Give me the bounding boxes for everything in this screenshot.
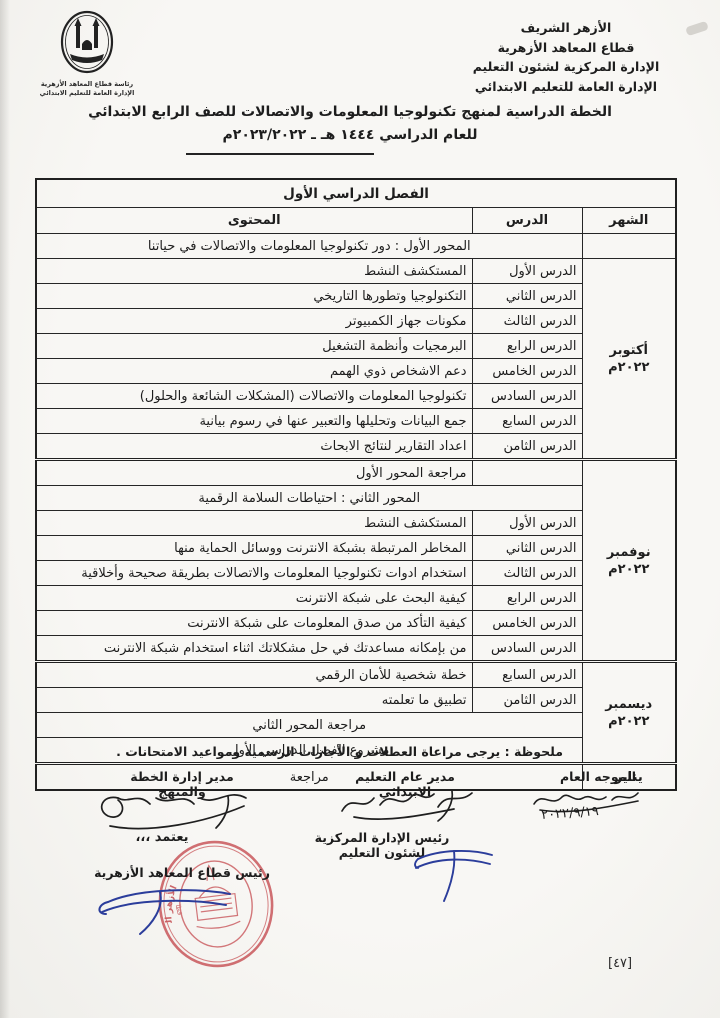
letterhead-line-4: الإدارة العامة للتعليم الابتدائي xyxy=(468,77,664,97)
month-cell-december: ديسمبر ٢٠٢٢م xyxy=(582,662,676,764)
lesson-content-cell: المستكشف النشط xyxy=(36,511,472,536)
letterhead: الأزهر الشريف قطاع المعاهد الأزهرية الإد… xyxy=(468,18,664,96)
signature-central-admin-head xyxy=(410,843,500,905)
col-header-lesson: الدرس xyxy=(472,208,582,234)
document-title: الخطة الدراسية لمنهج تكنولوجيا المعلومات… xyxy=(70,101,630,147)
col-header-content: المحتوى xyxy=(36,208,472,234)
scan-smudge xyxy=(685,21,709,36)
month-cell-october: أكتوبر ٢٠٢٢م xyxy=(582,259,676,460)
lesson-content-cell: دعم الاشخاص ذوي الهمم xyxy=(36,359,472,384)
azhar-emblem-block: رئاسة قطاع المعاهد الأزهرية الإدارة العا… xyxy=(28,10,146,98)
lesson-no-cell: الدرس الرابع xyxy=(472,334,582,359)
lesson-no-cell: الدرس الثاني xyxy=(472,284,582,309)
study-plan-table: الفصل الدراسي الأول الشهر الدرس المحتوى … xyxy=(35,178,677,791)
axis1-review-cell: مراجعة المحور الأول xyxy=(36,460,472,486)
lesson-no-cell: الدرس السابع xyxy=(472,409,582,434)
lesson-no-cell: الدرس الخامس xyxy=(472,611,582,636)
lesson-content-cell: اعداد التقارير لنتائج الابحاث xyxy=(36,434,472,460)
title-institutes-sector-head: رئيس قطاع المعاهد الأزهرية xyxy=(72,865,292,880)
lesson-no-cell: الدرس الخامس xyxy=(472,359,582,384)
lesson-no-cell: الدرس الثالث xyxy=(472,309,582,334)
lesson-content-cell: كيفية البحث على شبكة الانترنت xyxy=(36,586,472,611)
axis1-title-cell: المحور الأول : دور تكنولوجيا المعلومات و… xyxy=(36,234,582,259)
lesson-content-cell: من بإمكانه مساعدتك في حل مشكلاتك اثناء ا… xyxy=(36,636,472,662)
title-underline xyxy=(186,153,374,155)
lesson-no-cell: الدرس السادس xyxy=(472,636,582,662)
letterhead-line-2: قطاع المعاهد الأزهرية xyxy=(468,38,664,58)
azhar-emblem-icon xyxy=(60,10,114,74)
emblem-caption-2: الإدارة العامة للتعليم الابتدائي xyxy=(28,89,146,98)
lesson-no-cell: الدرس الثامن xyxy=(472,688,582,713)
lesson-no-cell: الدرس الرابع xyxy=(472,586,582,611)
title-general-supervisor: الموجه العام xyxy=(550,769,646,784)
lesson-content-cell: خطة شخصية للأمان الرقمي xyxy=(36,662,472,688)
lesson-content-cell: استخدام ادوات تكنولوجيا المعلومات والاتص… xyxy=(36,561,472,586)
axis2-review-cell: مراجعة المحور الثاني xyxy=(36,713,582,738)
empty-lesson-cell xyxy=(472,460,582,486)
month-cell-november: نوفمبر ٢٠٢٢م xyxy=(582,460,676,662)
scanned-document-page: رئاسة قطاع المعاهد الأزهرية الإدارة العا… xyxy=(0,0,720,1018)
note-line: ملحوظة : يرجى مراعاة العطلات و الأجازات … xyxy=(116,744,563,759)
lesson-no-cell: الدرس الأول xyxy=(472,259,582,284)
lesson-content-cell: كيفية التأكد من صدق المعلومات على شبكة ا… xyxy=(36,611,472,636)
lesson-content-cell: مكونات جهاز الكمبيوتر xyxy=(36,309,472,334)
letterhead-line-1: الأزهر الشريف xyxy=(468,18,664,38)
lesson-content-cell: جمع البيانات وتحليلها والتعبير عنها في ر… xyxy=(36,409,472,434)
lesson-content-cell: التكنولوجيا وتطورها التاريخي xyxy=(36,284,472,309)
lesson-no-cell: الدرس السابع xyxy=(472,662,582,688)
title-line-2: للعام الدراسي ١٤٤٤ هـ ـ ٢٠٢٣/٢٠٢٢م xyxy=(70,124,630,147)
lesson-content-cell: المستكشف النشط xyxy=(36,259,472,284)
lesson-no-cell: الدرس الثالث xyxy=(472,561,582,586)
lesson-no-cell: الدرس الثاني xyxy=(472,536,582,561)
lesson-no-cell: الدرس الأول xyxy=(472,511,582,536)
signature-institutes-sector-head xyxy=(90,880,240,938)
lesson-no-cell: الدرس الثامن xyxy=(472,434,582,460)
lesson-no-cell: الدرس السادس xyxy=(472,384,582,409)
semester-header-cell: الفصل الدراسي الأول xyxy=(36,179,676,208)
signature-primary-edu-director xyxy=(334,785,480,825)
signature-plan-dept-director xyxy=(88,786,256,836)
scan-edge-shadow xyxy=(0,0,10,1018)
lesson-content-cell: البرمجيات وأنظمة التشغيل xyxy=(36,334,472,359)
letterhead-line-3: الإدارة المركزية لشئون التعليم xyxy=(468,57,664,77)
axis2-title-cell: المحور الثاني : احتياطات السلامة الرقمية xyxy=(36,486,582,511)
lesson-content-cell: المخاطر المرتبطة بشبكة الانترنت ووسائل ا… xyxy=(36,536,472,561)
emblem-caption-1: رئاسة قطاع المعاهد الأزهرية xyxy=(28,80,146,89)
page-number: [٤٧] xyxy=(608,956,632,971)
col-header-month: الشهر xyxy=(582,208,676,234)
lesson-content-cell: تكنولوجيا المعلومات والاتصالات (المشكلات… xyxy=(36,384,472,409)
title-line-1: الخطة الدراسية لمنهج تكنولوجيا المعلومات… xyxy=(70,101,630,124)
lesson-content-cell: تطبيق ما تعلمته xyxy=(36,688,472,713)
empty-month-cell xyxy=(582,234,676,259)
